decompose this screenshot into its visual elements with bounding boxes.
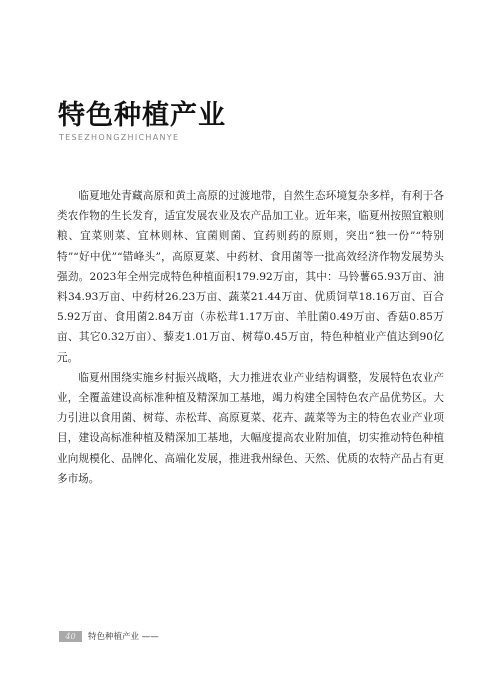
paragraph-1: 临夏地处青藏高原和黄土高原的过渡地带，自然生态环境复杂多样，有利于各类农作物的生… [57,186,444,368]
paragraph-2: 临夏州围绕实施乡村振兴战略，大力推进农业产业结构调整，发展特色农业产业，全覆盖建… [57,368,444,489]
page-footer: 40 特色种植产业 —— [59,630,159,642]
page-number: 40 [59,631,82,642]
body-text: 临夏地处青藏高原和黄土高原的过渡地带，自然生态环境复杂多样，有利于各类农作物的生… [57,186,444,489]
page-subtitle-pinyin: TESEZHONGZHICHANYE [59,133,179,142]
footer-section-label: 特色种植产业 —— [88,630,159,642]
page-title: 特色种植产业 [58,100,226,132]
